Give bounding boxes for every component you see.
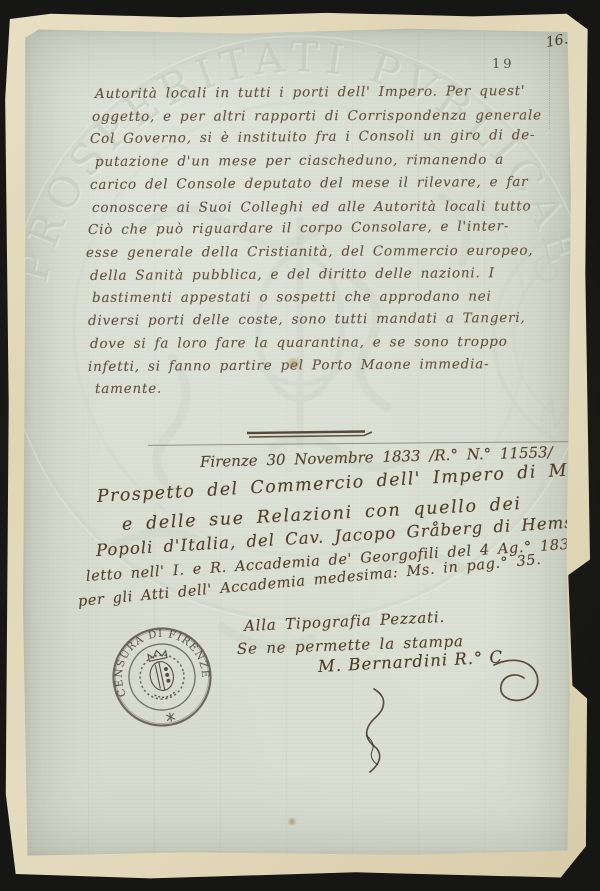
stray-hair	[358, 733, 392, 767]
manuscript-line: tamente.	[95, 381, 162, 397]
manuscript-line: dove si fa loro fare la quarantina, e se…	[90, 334, 508, 352]
stamp-coat-of-arms	[135, 646, 188, 703]
stamp-ring-text: CENSURA DI FIRENZE	[104, 619, 213, 699]
manuscript-line: Autorità locali in tutti i porti dell' I…	[95, 83, 526, 102]
manuscript-line: bastimenti appestati o sospetti che appr…	[92, 289, 492, 306]
censura-di-firenze-stamp: CENSURA DI FIRENZE	[106, 621, 218, 733]
manuscript-line: conoscere ai Suoi Colleghi ed alle Autor…	[92, 198, 531, 216]
ink-smudge	[285, 357, 302, 370]
svg-text:CENSURA DI FIRENZE: CENSURA DI FIRENZE	[104, 619, 213, 699]
manuscript-line: carico del Console deputato del mese il …	[90, 174, 529, 193]
manuscript-line: della Sanità pubblica, e del diritto del…	[90, 265, 495, 284]
manuscript-line: diversi porti delle coste, sono tutti ma…	[88, 310, 526, 329]
fox-spot	[287, 817, 297, 826]
signature-flourish	[480, 649, 550, 711]
page-number: 19	[492, 57, 515, 72]
ink-divider	[244, 428, 376, 442]
manuscript-line: putazione d'un mese per ciascheduno, rim…	[95, 152, 504, 170]
stamp-bottom-ornament	[166, 712, 176, 722]
manuscript-page: PROSPERITATI PVBLICAE PROSPERITATI PVBLI…	[22, 27, 573, 859]
manuscript-line: oggetto, e per altri rapporti di Corrisp…	[92, 107, 542, 125]
margin-rule	[549, 37, 550, 129]
manuscript-line: esse generale della Cristianità, del Com…	[86, 243, 533, 261]
scanned-manuscript-photo: PROSPERITATI PVBLICAE PROSPERITATI PVBLI…	[0, 0, 600, 891]
